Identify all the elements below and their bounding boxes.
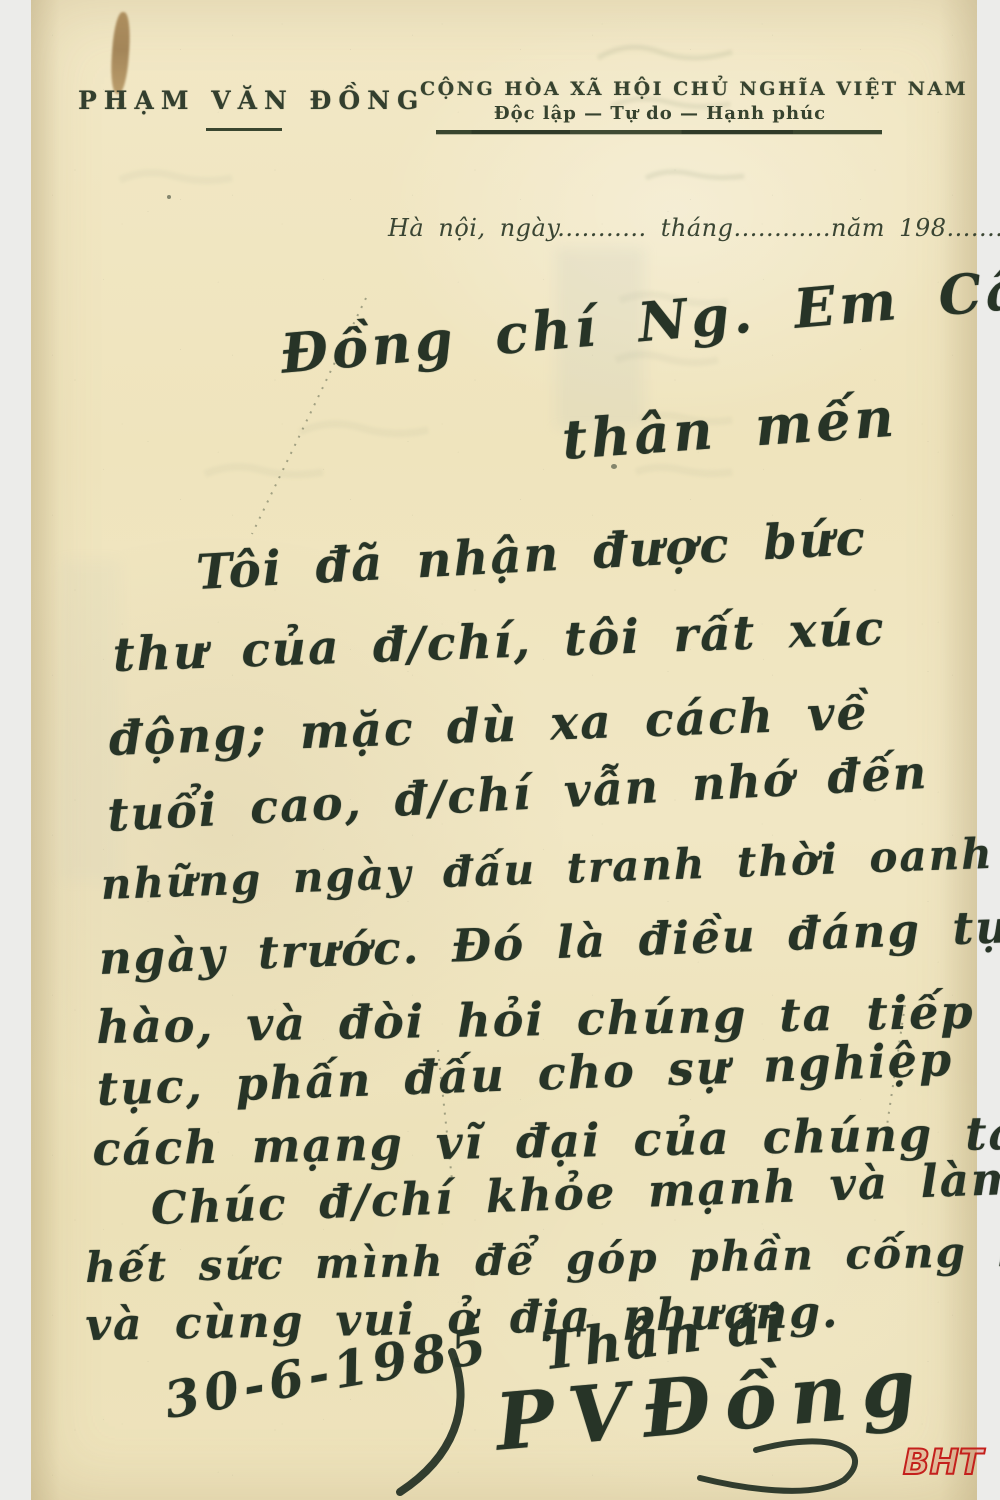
bht-watermark: BHT [903,1443,983,1483]
letterhead-republic-block: CỘNG HÒA XÃ HỘI CHỦ NGHĨA VIỆT NAM Độc l… [420,78,900,124]
letterhead-sender-name: PHẠM VĂN ĐỒNG [78,86,425,115]
printed-date-line: Hà nội, ngày........... tháng...........… [388,214,1000,242]
scanned-letter: PHẠM VĂN ĐỒNG CỘNG HÒA XÃ HỘI CHỦ NGHĨA … [0,0,1000,1500]
letterhead-rule [436,130,882,134]
scanner-edge-left [0,0,31,1500]
letterhead-sender-underline [206,128,282,131]
letterhead-republic-motto: Độc lập — Tự do — Hạnh phúc [420,103,900,124]
letterhead-republic-title: CỘNG HÒA XÃ HỘI CHỦ NGHĨA VIỆT NAM [420,78,900,100]
paper-speck [167,195,171,199]
